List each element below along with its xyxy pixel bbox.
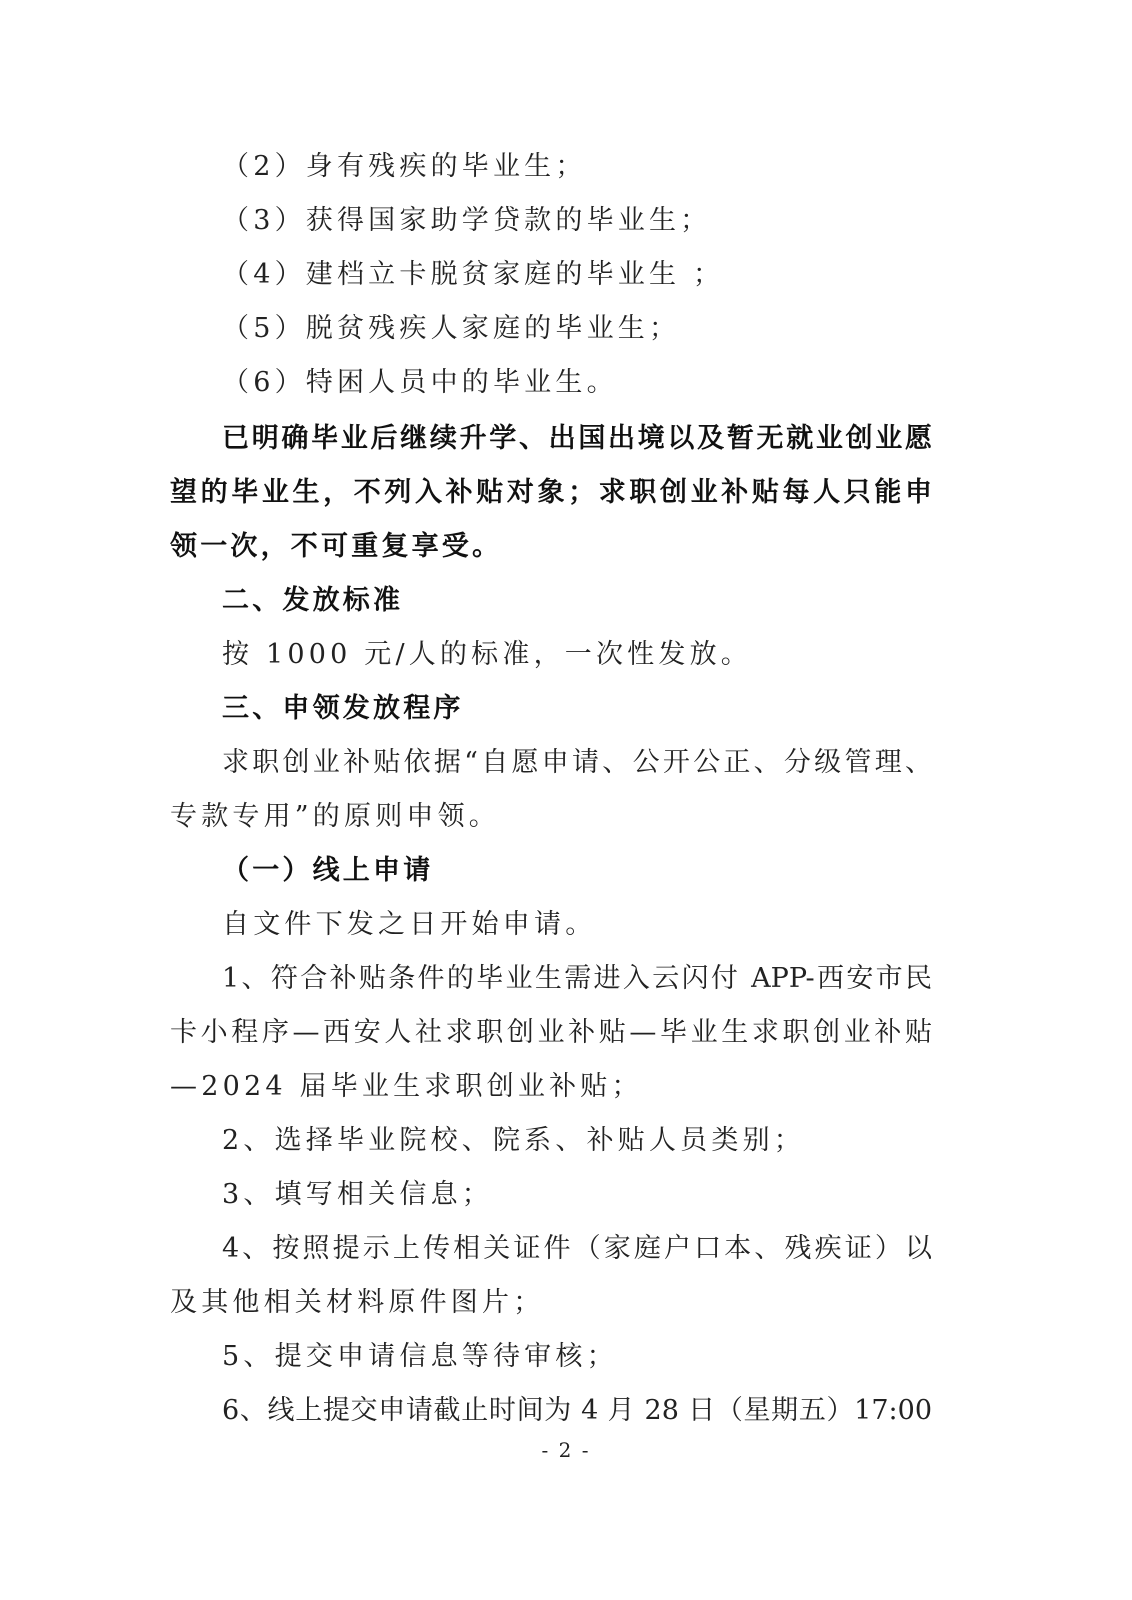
step-6: 6、线上提交申请截止时间为 4 月 28 日（星期五）17:00 xyxy=(222,1384,932,1438)
list-item-extreme-poverty-graduates: （6）特困人员中的毕业生。 xyxy=(222,356,984,410)
page-number: - 2 - xyxy=(0,1436,1132,1464)
subsection-heading-online-application: （一）线上申请 xyxy=(222,844,984,898)
payment-standard-text: 按 1000 元/人的标准，一次性发放。 xyxy=(222,628,984,682)
step-1-line-3: —2024 届毕业生求职创业补贴； xyxy=(170,1060,932,1114)
exclusion-note-line-1: 已明确毕业后继续升学、出国出境以及暂无就业创业愿 xyxy=(222,412,932,466)
list-item-disabled-graduates: （2）身有残疾的毕业生； xyxy=(222,140,984,194)
list-item-student-loan-graduates: （3）获得国家助学贷款的毕业生； xyxy=(222,194,984,248)
procedure-intro-line-1: 求职创业补贴依据“自愿申请、公开公正、分级管理、 xyxy=(222,736,932,790)
exclusion-note-line-2: 望的毕业生，不列入补贴对象；求职创业补贴每人只能申 xyxy=(170,466,932,520)
step-4-line-1: 4、按照提示上传相关证件（家庭户口本、残疾证）以 xyxy=(222,1222,932,1276)
step-1-line-1: 1、符合补贴条件的毕业生需进入云闪付 APP-西安市民 xyxy=(222,952,932,1006)
step-4-line-2: 及其他相关材料原件图片； xyxy=(170,1276,932,1330)
step-2: 2、选择毕业院校、院系、补贴人员类别； xyxy=(222,1114,984,1168)
document-page: （2）身有残疾的毕业生； （3）获得国家助学贷款的毕业生； （4）建档立卡脱贫家… xyxy=(0,0,1132,1600)
step-1-line-2: 卡小程序—西安人社求职创业补贴—毕业生求职创业补贴 xyxy=(170,1006,932,1060)
section-heading-application-procedure: 三、申领发放程序 xyxy=(222,682,984,736)
step-5: 5、提交申请信息等待审核； xyxy=(222,1330,984,1384)
exclusion-note-line-3: 领一次，不可重复享受。 xyxy=(170,520,932,574)
list-item-disabled-family-graduates: （5）脱贫残疾人家庭的毕业生； xyxy=(222,302,984,356)
procedure-intro-line-2: 专款专用”的原则申领。 xyxy=(170,790,932,844)
online-application-start-note: 自文件下发之日开始申请。 xyxy=(222,898,984,952)
step-3: 3、填写相关信息； xyxy=(222,1168,984,1222)
list-item-poverty-family-graduates: （4）建档立卡脱贫家庭的毕业生 ； xyxy=(222,248,984,302)
section-heading-payment-standard: 二、发放标准 xyxy=(222,574,984,628)
